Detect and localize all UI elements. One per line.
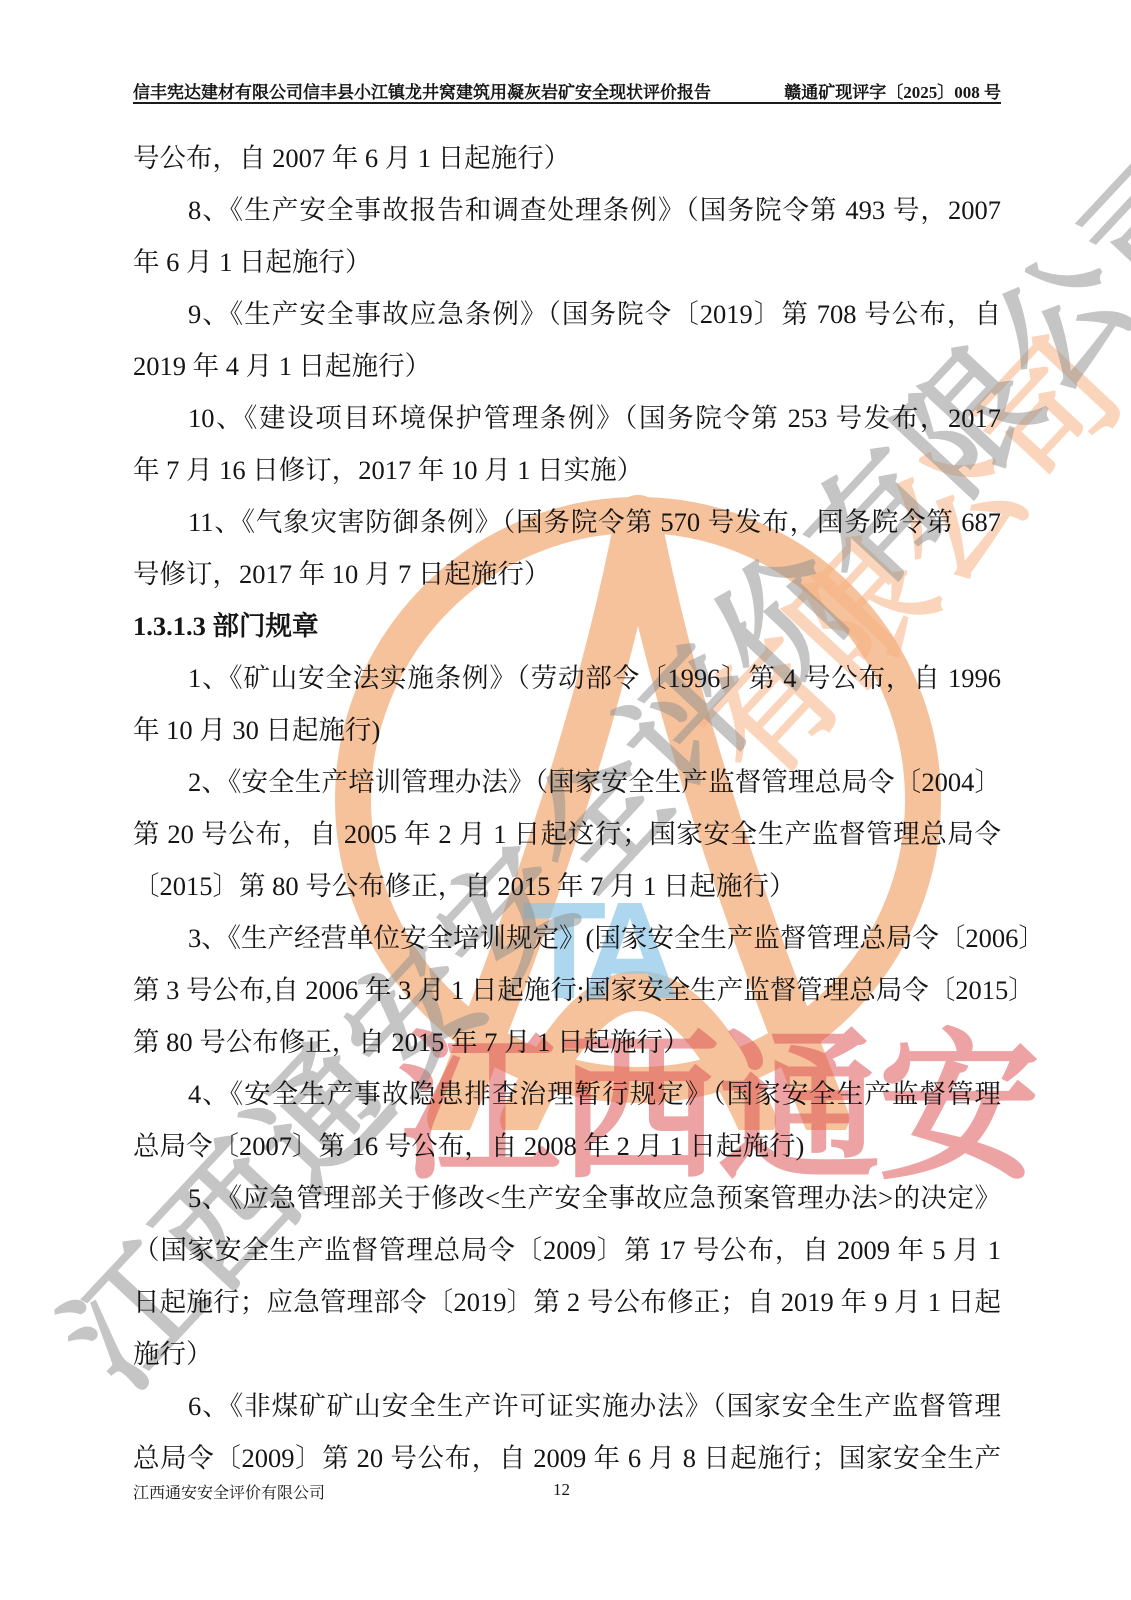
footer-company: 江西通安安全评价有限公司: [133, 1480, 325, 1503]
document-page: 有限公司 TA 江西通安 江西通安安全评价有限公司 信丰宪达建材有限公司信丰县小…: [0, 0, 1131, 1600]
body-line: 11、《气象灾害防御条例》（国务院令第 570 号发布，国务院令第 687: [133, 496, 1001, 548]
body-line: 日起施行；应急管理部令〔2019〕第 2 号公布修正；自 2019 年 9 月 …: [133, 1276, 1001, 1328]
body-line: 2019 年 4 月 1 日起施行）: [133, 340, 1001, 392]
body-line: 10、《建设项目环境保护管理条例》（国务院令第 253 号发布，2017: [133, 392, 1001, 444]
body-line: 5、《应急管理部关于修改<生产安全事故应急预案管理办法>的决定》: [133, 1172, 1001, 1224]
body-line: 4、《安全生产事故隐患排查治理暂行规定》（国家安全生产监督管理: [133, 1068, 1001, 1120]
body-line: 8、《生产安全事故报告和调查处理条例》（国务院令第 493 号，2007: [133, 184, 1001, 236]
body-line: 第 80 号公布修正，自 2015 年 7 月 1 日起施行）: [133, 1016, 1001, 1068]
body-line: 第 3 号公布,自 2006 年 3 月 1 日起施行;国家安全生产监督管理总局…: [133, 964, 1001, 1016]
body-line: 年 10 月 30 日起施行): [133, 704, 1001, 756]
body-line: （国家安全生产监督管理总局令〔2009〕第 17 号公布，自 2009 年 5 …: [133, 1224, 1001, 1276]
header-rule: [133, 102, 1001, 104]
body-line: 总局令〔2009〕第 20 号公布，自 2009 年 6 月 8 日起施行；国家…: [133, 1432, 1001, 1484]
section-heading: 1.3.1.3 部门规章: [133, 600, 1001, 652]
header-doc-number: 赣通矿现评字〔2025〕008 号: [784, 78, 1001, 103]
content-layer: 信丰宪达建材有限公司信丰县小江镇龙井窝建筑用凝灰岩矿安全现状评价报告 赣通矿现评…: [0, 0, 1131, 1600]
body-line: 施行）: [133, 1328, 1001, 1380]
body-text: 号公布，自 2007 年 6 月 1 日起施行） 8、《生产安全事故报告和调查处…: [133, 132, 1001, 1484]
body-line: 年 7 月 16 日修订，2017 年 10 月 1 日实施）: [133, 444, 1001, 496]
body-line: 1、《矿山安全法实施条例》（劳动部令〔1996〕第 4 号公布，自 1996: [133, 652, 1001, 704]
page-header: 信丰宪达建材有限公司信丰县小江镇龙井窝建筑用凝灰岩矿安全现状评价报告 赣通矿现评…: [133, 78, 1001, 103]
body-line: 6、《非煤矿矿山安全生产许可证实施办法》（国家安全生产监督管理: [133, 1380, 1001, 1432]
body-line: 第 20 号公布，自 2005 年 2 月 1 日起这行；国家安全生产监督管理总…: [133, 808, 1001, 860]
body-line: 3、《生产经营单位安全培训规定》(国家安全生产监督管理总局令〔2006〕: [133, 912, 1001, 964]
body-line: 号修订，2017 年 10 月 7 日起施行）: [133, 548, 1001, 600]
body-line: 总局令〔2007〕第 16 号公布，自 2008 年 2 月 1 日起施行): [133, 1120, 1001, 1172]
body-line: 9、《生产安全事故应急条例》（国务院令〔2019〕第 708 号公布，自: [133, 288, 1001, 340]
body-line: 〔2015〕第 80 号公布修正，自 2015 年 7 月 1 日起施行）: [133, 860, 1001, 912]
body-line: 号公布，自 2007 年 6 月 1 日起施行）: [133, 132, 1001, 184]
body-line: 年 6 月 1 日起施行）: [133, 236, 1001, 288]
header-report-title: 信丰宪达建材有限公司信丰县小江镇龙井窝建筑用凝灰岩矿安全现状评价报告: [133, 78, 711, 103]
body-line: 2、《安全生产培训管理办法》（国家安全生产监督管理总局令〔2004〕: [133, 756, 1001, 808]
footer-page-number: 12: [553, 1480, 570, 1500]
